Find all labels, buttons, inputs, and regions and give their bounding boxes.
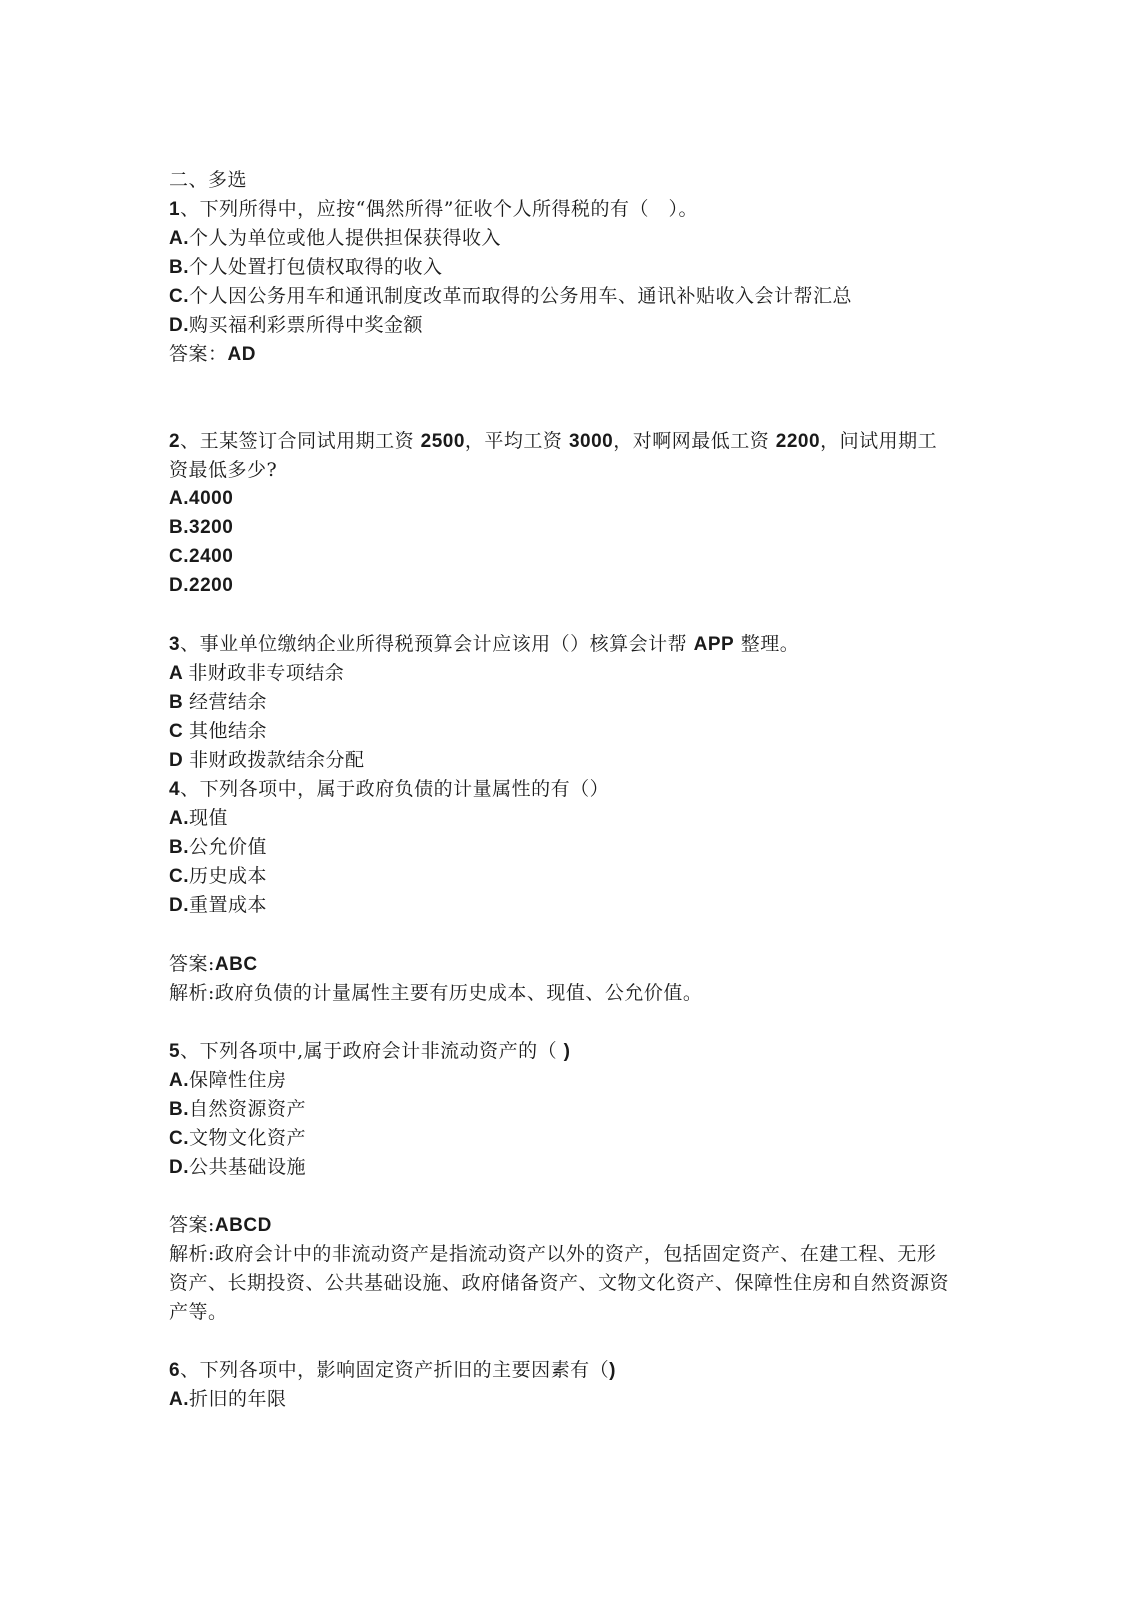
option-key: B bbox=[169, 692, 189, 713]
option-key: C bbox=[169, 721, 189, 742]
option-key: C. bbox=[169, 546, 189, 567]
option-text: 个人为单位或他人提供担保获得收入 bbox=[189, 227, 501, 249]
question-text: 、下列各项中,属于政府会计非流动资产的（ bbox=[180, 1040, 564, 1062]
option-key: D bbox=[169, 750, 189, 771]
answer-label: 答案: bbox=[169, 953, 215, 975]
option-text: 保障性住房 bbox=[189, 1069, 287, 1091]
question-text: 、下列各项中，属于政府负债的计量属性的有（） bbox=[180, 778, 609, 800]
number: 2500 bbox=[421, 431, 465, 452]
q1-option-b: B.个人处置打包债权取得的收入 bbox=[169, 255, 443, 280]
option-key: A bbox=[169, 663, 188, 684]
q1-option-d: D.购买福利彩票所得中奖金额 bbox=[169, 313, 423, 338]
q5-option-a: A.保障性住房 bbox=[169, 1068, 287, 1093]
q6-option-a: A.折旧的年限 bbox=[169, 1387, 287, 1412]
q2-option-b: B.3200 bbox=[169, 516, 233, 540]
answer-value: ABCD bbox=[215, 1215, 272, 1236]
option-text: 个人因公务用车和通讯制度改革而取得的公务用车、通讯补贴收入会计帮汇总 bbox=[189, 285, 852, 307]
question-3-stem: 3、事业单位缴纳企业所得税预算会计应该用（）核算会计帮 APP 整理。 bbox=[169, 632, 799, 657]
q4-option-a: A.现值 bbox=[169, 806, 228, 831]
option-key: A. bbox=[169, 488, 189, 509]
option-text: 购买福利彩票所得中奖金额 bbox=[189, 314, 423, 336]
option-text: 现值 bbox=[189, 807, 228, 829]
q5-analysis-line1: 解析:政府会计中的非流动资产是指流动资产以外的资产，包括固定资产、在建工程、无形 bbox=[169, 1242, 936, 1266]
question-text: 、王某签订合同试用期工资 bbox=[180, 430, 421, 452]
q4-analysis: 解析:政府负债的计量属性主要有历史成本、现值、公允价值。 bbox=[169, 981, 702, 1005]
q4-answer: 答案:ABC bbox=[169, 952, 258, 977]
q5-option-d: D.公共基础设施 bbox=[169, 1155, 306, 1180]
option-text: 3200 bbox=[189, 517, 233, 538]
question-text: ) bbox=[609, 1360, 616, 1381]
question-number: 1 bbox=[169, 199, 180, 220]
q3-option-b: B 经营结余 bbox=[169, 690, 267, 715]
q3-option-d: D 非财政拨款结余分配 bbox=[169, 748, 365, 773]
q5-option-b: B.自然资源资产 bbox=[169, 1097, 306, 1122]
question-text: ，平均工资 bbox=[465, 430, 569, 452]
option-text: 2200 bbox=[189, 575, 233, 596]
answer-value: ABC bbox=[215, 954, 258, 975]
option-key: A. bbox=[169, 1070, 189, 1091]
answer-label: 答案: bbox=[169, 1214, 215, 1236]
option-text: 历史成本 bbox=[189, 865, 267, 887]
option-text: 折旧的年限 bbox=[189, 1388, 287, 1410]
question-text: 整理。 bbox=[734, 633, 799, 655]
question-2-stem: 2、王某签订合同试用期工资 2500，平均工资 3000，对啊网最低工资 220… bbox=[169, 429, 937, 454]
question-text: ，对啊网最低工资 bbox=[613, 430, 776, 452]
question-number: 2 bbox=[169, 431, 180, 452]
question-number: 3 bbox=[169, 634, 180, 655]
option-key: A. bbox=[169, 228, 189, 249]
option-key: B. bbox=[169, 1099, 189, 1120]
question-text: ) bbox=[564, 1041, 571, 1062]
option-text: 经营结余 bbox=[189, 691, 267, 713]
option-key: C. bbox=[169, 866, 189, 887]
q4-option-d: D.重置成本 bbox=[169, 893, 267, 918]
option-text: 非财政非专项结余 bbox=[188, 662, 344, 684]
question-2-stem-line2: 资最低多少? bbox=[169, 458, 277, 482]
option-key: D. bbox=[169, 895, 189, 916]
q2-option-c: C.2400 bbox=[169, 545, 233, 569]
number: 2200 bbox=[776, 431, 820, 452]
q1-answer: 答案：AD bbox=[169, 342, 256, 367]
question-1-stem: 1、下列所得中，应按“偶然所得”征收个人所得税的有（ ）。 bbox=[169, 197, 698, 222]
question-5-stem: 5、下列各项中,属于政府会计非流动资产的（ ) bbox=[169, 1039, 571, 1064]
option-text: 公允价值 bbox=[189, 836, 267, 858]
option-key: C. bbox=[169, 286, 189, 307]
q5-option-c: C.文物文化资产 bbox=[169, 1126, 306, 1151]
answer-value: AD bbox=[228, 344, 256, 365]
option-text: 4000 bbox=[189, 488, 233, 509]
option-text: 非财政拨款结余分配 bbox=[189, 749, 365, 771]
question-number: 6 bbox=[169, 1360, 180, 1381]
option-key: B. bbox=[169, 517, 189, 538]
q5-answer: 答案:ABCD bbox=[169, 1213, 272, 1238]
option-key: B. bbox=[169, 257, 189, 278]
number: 3000 bbox=[569, 431, 613, 452]
option-key: D. bbox=[169, 575, 189, 596]
q3-option-c: C 其他结余 bbox=[169, 719, 267, 744]
option-key: B. bbox=[169, 837, 189, 858]
option-text: 个人处置打包债权取得的收入 bbox=[189, 256, 443, 278]
q2-option-d: D.2200 bbox=[169, 574, 233, 598]
q2-option-a: A.4000 bbox=[169, 487, 233, 511]
question-6-stem: 6、下列各项中，影响固定资产折旧的主要因素有（) bbox=[169, 1358, 616, 1383]
q1-option-a: A.个人为单位或他人提供担保获得收入 bbox=[169, 226, 501, 251]
q4-option-b: B.公允价值 bbox=[169, 835, 267, 860]
option-key: D. bbox=[169, 1157, 189, 1178]
question-number: 5 bbox=[169, 1041, 180, 1062]
option-key: D. bbox=[169, 315, 189, 336]
option-text: 文物文化资产 bbox=[189, 1127, 306, 1149]
q4-option-c: C.历史成本 bbox=[169, 864, 267, 889]
option-text: 2400 bbox=[189, 546, 233, 567]
option-key: A. bbox=[169, 808, 189, 829]
question-text: ，问试用期工 bbox=[820, 430, 937, 452]
app-label: APP bbox=[694, 634, 735, 655]
option-text: 其他结余 bbox=[189, 720, 267, 742]
option-text: 重置成本 bbox=[189, 894, 267, 916]
answer-label: 答案： bbox=[169, 343, 228, 365]
question-4-stem: 4、下列各项中，属于政府负债的计量属性的有（） bbox=[169, 777, 609, 802]
q5-analysis-line3: 产等。 bbox=[169, 1300, 228, 1324]
q5-analysis-line2: 资产、长期投资、公共基础设施、政府储备资产、文物文化资产、保障性住房和自然资源资 bbox=[169, 1271, 949, 1295]
option-key: A. bbox=[169, 1389, 189, 1410]
question-text: 、下列所得中，应按“偶然所得”征收个人所得税的有（ ）。 bbox=[180, 198, 698, 220]
option-key: C. bbox=[169, 1128, 189, 1149]
question-text: 、下列各项中，影响固定资产折旧的主要因素有（ bbox=[180, 1359, 609, 1381]
question-number: 4 bbox=[169, 779, 180, 800]
q1-option-c: C.个人因公务用车和通讯制度改革而取得的公务用车、通讯补贴收入会计帮汇总 bbox=[169, 284, 852, 309]
q3-option-a: A 非财政非专项结余 bbox=[169, 661, 344, 686]
option-text: 公共基础设施 bbox=[189, 1156, 306, 1178]
question-text: 、事业单位缴纳企业所得税预算会计应该用（）核算会计帮 bbox=[180, 633, 694, 655]
section-title: 二、多选 bbox=[169, 168, 247, 192]
option-text: 自然资源资产 bbox=[189, 1098, 306, 1120]
